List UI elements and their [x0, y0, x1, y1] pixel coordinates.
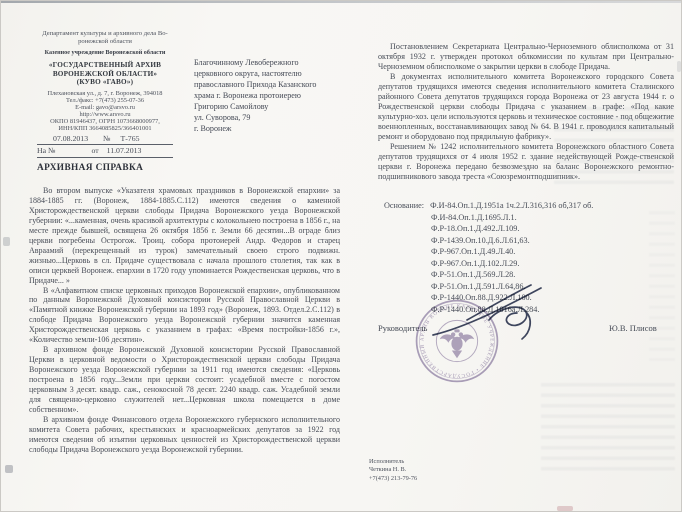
org-name-line3: (КУВО «ГАВО»)	[37, 78, 173, 86]
scan-smudge	[677, 61, 681, 72]
scan-smudge	[5, 465, 13, 473]
addressee-line: Григорию Самойлову	[194, 101, 342, 112]
body-paragraph: Постановлением Секретариата Центрально-Ч…	[378, 42, 674, 72]
doc-number: Т-765	[120, 135, 139, 144]
addressee-line: храма г. Воронежа протоиерею	[194, 90, 342, 101]
executor-phone: +7(473) 213-79-76	[369, 475, 417, 483]
basis-item: Ф.И-84.Оп.1.Д.1695.Л.1.	[431, 212, 674, 224]
org-inn-kpp: ИНН/КПП 3664085825/366401001	[37, 126, 173, 133]
org-type: Казенное учреждение Воронежской области	[37, 50, 173, 57]
signature-ink	[425, 283, 549, 351]
basis-item: Ф.Р-51.Оп.1.Д.569.Л.28.	[431, 269, 674, 281]
department-line2: ронежской области	[37, 38, 173, 46]
org-name-line2: ВОРОНЕЖСКОЙ ОБЛАСТИ»	[37, 70, 173, 78]
scan-smudge	[557, 506, 573, 511]
basis-item: Ф.Р-18.Оп.1.Д.492.Л.109.	[431, 223, 674, 235]
scan-smudge	[3, 237, 10, 246]
scanned-archive-certificate: Департамент культуры и архивного дела Во…	[0, 0, 682, 512]
addressee-line: Благочинному Левобережного	[194, 57, 342, 68]
basis-item: Ф.Р-967.Оп.1.Д.102.Л.29.	[431, 258, 674, 270]
executor-block: Исполнитель Четкина Н. В. +7(473) 213-79…	[369, 458, 417, 483]
body-paragraph: В архивном фонде Воронежской Духовной ко…	[29, 345, 340, 415]
basis-label: Основание:	[384, 200, 424, 212]
number-sign: №	[103, 135, 110, 144]
body-paragraph: В архивном фонде Финансового отдела Воро…	[29, 415, 340, 455]
ot-label: от	[91, 147, 98, 156]
addressee-line: православного Прихода Казанского	[194, 79, 342, 90]
executor-name: Четкина Н. В.	[369, 466, 417, 474]
left-column-body: Во втором выпуске «Указателя храмовых пр…	[29, 186, 340, 455]
org-name-line1: «ГОСУДАРСТВЕННЫЙ АРХИВ	[37, 61, 173, 69]
executor-label: Исполнитель	[369, 458, 417, 466]
basis-item: Ф.Р-967.Оп.1.Д.49.Л.40.	[431, 246, 674, 258]
bleedthrough-artifact	[554, 107, 674, 191]
body-paragraph: Во втором выпуске «Указателя храмовых пр…	[29, 186, 340, 286]
body-paragraph: В «Алфавитном списке церковных приходов …	[29, 286, 340, 346]
doc-number-row: 07.08.2013 № Т-765	[37, 133, 173, 146]
reply-date: 11.07.2013	[107, 147, 142, 156]
addressee-line: г. Воронеж	[194, 123, 342, 134]
addressee-line: церковного округа, настоятелю	[194, 68, 342, 79]
letterhead: Департамент культуры и архивного дела Во…	[37, 30, 173, 173]
bleedthrough-artifact	[541, 383, 675, 475]
basis-item: Ф.Р-1439.Оп.10.Д.6.Л.61,63.	[431, 235, 674, 247]
bleedthrough-artifact	[649, 211, 675, 361]
reply-reference-row: На № от 11.07.2013	[37, 145, 173, 158]
addressee-block: Благочинному Левобережного церковного ок…	[194, 57, 342, 134]
na-no-label: На №	[37, 147, 55, 156]
basis-item: Ф.И-84.Оп.1.Д.1951а 1ч.2.Л.316,316 об,31…	[430, 201, 593, 210]
document-title: АРХИВНАЯ СПРАВКА	[37, 163, 173, 173]
doc-date: 07.08.2013	[53, 135, 88, 144]
addressee-line: ул. Суворова, 79	[194, 112, 342, 123]
department-line1: Департамент культуры и архивного дела Во…	[37, 30, 173, 38]
